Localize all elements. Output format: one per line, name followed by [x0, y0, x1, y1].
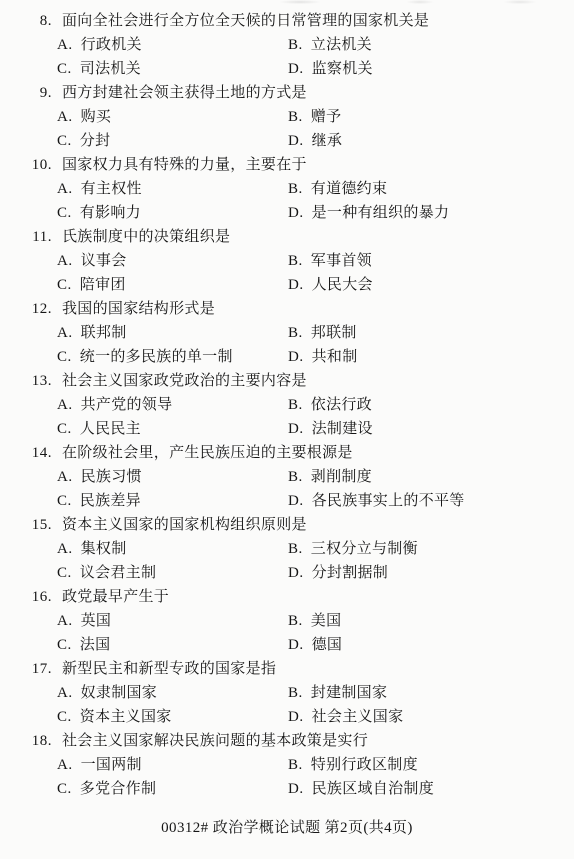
option-row-ab: A. 英国 B. 美国 [0, 609, 574, 633]
option-b-label: B. [288, 681, 303, 705]
option-c-text: 分封 [80, 129, 111, 153]
option-b-text: 美国 [311, 609, 342, 633]
option-a-text: 联邦制 [81, 321, 127, 345]
option-a-label: A. [57, 681, 73, 705]
option-a-label: A. [57, 33, 73, 57]
option-d-label: D. [288, 705, 304, 729]
question-number: 18. [0, 729, 52, 753]
question-number: 8. [0, 9, 52, 33]
option-a: A. 共产党的领导 [57, 393, 288, 417]
option-b-text: 特别行政区制度 [311, 753, 418, 777]
option-a: A. 联邦制 [57, 321, 288, 345]
option-d-label: D. [288, 561, 304, 585]
option-b-label: B. [288, 177, 303, 201]
option-a-label: A. [57, 537, 73, 561]
option-row-ab: A. 共产党的领导 B. 依法行政 [0, 393, 574, 417]
option-b: B. 特别行政区制度 [288, 753, 574, 777]
option-d-text: 继承 [312, 129, 343, 153]
option-d: D. 社会主义国家 [288, 705, 574, 729]
option-a-label: A. [57, 177, 73, 201]
question-stem-line: 13. 社会主义国家政党政治的主要内容是 [0, 369, 574, 393]
option-a-text: 共产党的领导 [81, 393, 173, 417]
option-c: C. 多党合作制 [57, 777, 288, 801]
page-footer: 00312# 政治学概论试题 第2页(共4页) [0, 816, 574, 840]
option-c: C. 陪审团 [57, 273, 288, 297]
option-row-cd: C. 统一的多民族的单一制 D. 共和制 [0, 345, 574, 369]
option-d-text: 法制建设 [312, 417, 373, 441]
option-a-label: A. [57, 393, 73, 417]
option-row-cd: C. 多党合作制 D. 民族区域自治制度 [0, 777, 574, 801]
option-a-text: 英国 [81, 609, 112, 633]
option-a: A. 购买 [57, 105, 288, 129]
option-c-label: C. [57, 129, 72, 153]
option-c-label: C. [57, 561, 72, 585]
option-c-label: C. [57, 345, 72, 369]
question-list: 8. 面向全社会进行全方位全天候的日常管理的国家机关是 A. 行政机关 B. 立… [0, 9, 574, 801]
question-stem-line: 8. 面向全社会进行全方位全天候的日常管理的国家机关是 [0, 9, 574, 33]
option-b-label: B. [288, 393, 303, 417]
option-row-ab: A. 议事会 B. 军事首领 [0, 249, 574, 273]
option-b-label: B. [288, 249, 303, 273]
option-c: C. 资本主义国家 [57, 705, 288, 729]
option-c-label: C. [57, 633, 72, 657]
option-d-text: 各民族事实上的不平等 [312, 489, 465, 513]
option-c-text: 议会君主制 [80, 561, 157, 585]
option-d-text: 德国 [312, 633, 343, 657]
option-row-ab: A. 民族习惯 B. 剥削制度 [0, 465, 574, 489]
option-a: A. 奴隶制国家 [57, 681, 288, 705]
question-stem: 新型民主和新型专政的国家是指 [62, 657, 276, 681]
question-stem-line: 18. 社会主义国家解决民族问题的基本政策是实行 [0, 729, 574, 753]
question-stem: 面向全社会进行全方位全天候的日常管理的国家机关是 [62, 9, 429, 33]
question-stem-line: 9. 西方封建社会领主获得土地的方式是 [0, 81, 574, 105]
option-a: A. 一国两制 [57, 753, 288, 777]
option-c-label: C. [57, 417, 72, 441]
option-b: B. 有道德约束 [288, 177, 574, 201]
option-a: A. 行政机关 [57, 33, 288, 57]
option-a: A. 英国 [57, 609, 288, 633]
option-d: D. 分封割据制 [288, 561, 574, 585]
option-a-text: 行政机关 [81, 33, 142, 57]
option-d: D. 德国 [288, 633, 574, 657]
option-d-label: D. [288, 777, 304, 801]
question-stem-line: 12. 我国的国家结构形式是 [0, 297, 574, 321]
option-c-text: 统一的多民族的单一制 [80, 345, 233, 369]
option-d-text: 分封割据制 [312, 561, 389, 585]
option-c-label: C. [57, 273, 72, 297]
option-b-text: 剥削制度 [311, 465, 372, 489]
option-d: D. 继承 [288, 129, 574, 153]
option-b-label: B. [288, 105, 303, 129]
question-number: 13. [0, 369, 52, 393]
option-a-text: 民族习惯 [81, 465, 142, 489]
option-b-label: B. [288, 609, 303, 633]
option-d-text: 是一种有组织的暴力 [312, 201, 450, 225]
option-a-label: A. [57, 465, 73, 489]
question-item: 12. 我国的国家结构形式是 A. 联邦制 B. 邦联制 C. 统一的多民族的单… [0, 297, 574, 369]
option-row-cd: C. 分封 D. 继承 [0, 129, 574, 153]
option-b-text: 依法行政 [311, 393, 372, 417]
option-a-label: A. [57, 321, 73, 345]
option-c: C. 民族差异 [57, 489, 288, 513]
option-c-label: C. [57, 57, 72, 81]
option-b: B. 封建制国家 [288, 681, 574, 705]
question-stem-line: 11. 氏族制度中的决策组织是 [0, 225, 574, 249]
option-c-text: 资本主义国家 [80, 705, 172, 729]
question-stem: 社会主义国家解决民族问题的基本政策是实行 [62, 729, 368, 753]
option-b-text: 有道德约束 [311, 177, 388, 201]
option-a-text: 有主权性 [81, 177, 142, 201]
option-d: D. 共和制 [288, 345, 574, 369]
question-number: 14. [0, 441, 52, 465]
question-item: 15. 资本主义国家的国家机构组织原则是 A. 集权制 B. 三权分立与制衡 C… [0, 513, 574, 585]
option-b-label: B. [288, 33, 303, 57]
question-stem: 在阶级社会里，产生民族压迫的主要根源是 [62, 441, 353, 465]
option-c-text: 陪审团 [80, 273, 126, 297]
option-d: D. 民族区域自治制度 [288, 777, 574, 801]
option-d-text: 社会主义国家 [312, 705, 404, 729]
exam-page: 8. 面向全社会进行全方位全天候的日常管理的国家机关是 A. 行政机关 B. 立… [0, 0, 574, 859]
option-row-cd: C. 司法机关 D. 监察机关 [0, 57, 574, 81]
question-number: 17. [0, 657, 52, 681]
question-stem: 资本主义国家的国家机构组织原则是 [62, 513, 307, 537]
option-a-label: A. [57, 249, 73, 273]
option-a-text: 议事会 [81, 249, 127, 273]
option-b: B. 立法机关 [288, 33, 574, 57]
question-stem-line: 15. 资本主义国家的国家机构组织原则是 [0, 513, 574, 537]
option-b-label: B. [288, 753, 303, 777]
question-stem: 氏族制度中的决策组织是 [62, 225, 230, 249]
question-item: 17. 新型民主和新型专政的国家是指 A. 奴隶制国家 B. 封建制国家 C. … [0, 657, 574, 729]
option-d-label: D. [288, 417, 304, 441]
option-d-label: D. [288, 345, 304, 369]
question-item: 18. 社会主义国家解决民族问题的基本政策是实行 A. 一国两制 B. 特别行政… [0, 729, 574, 801]
option-b-text: 立法机关 [311, 33, 372, 57]
question-item: 9. 西方封建社会领主获得土地的方式是 A. 购买 B. 赠予 C. 分封 D.… [0, 81, 574, 153]
option-a: A. 集权制 [57, 537, 288, 561]
option-c-text: 有影响力 [80, 201, 141, 225]
option-d-label: D. [288, 273, 304, 297]
question-item: 11. 氏族制度中的决策组织是 A. 议事会 B. 军事首领 C. 陪审团 D.… [0, 225, 574, 297]
option-d-label: D. [288, 633, 304, 657]
option-a-label: A. [57, 753, 73, 777]
question-number: 11. [0, 225, 52, 249]
option-c: C. 有影响力 [57, 201, 288, 225]
scan-artifact [0, 0, 574, 8]
option-row-cd: C. 陪审团 D. 人民大会 [0, 273, 574, 297]
option-row-ab: A. 行政机关 B. 立法机关 [0, 33, 574, 57]
question-stem: 国家权力具有特殊的力量，主要在于 [62, 153, 307, 177]
option-c: C. 分封 [57, 129, 288, 153]
option-c: C. 法国 [57, 633, 288, 657]
question-item: 8. 面向全社会进行全方位全天候的日常管理的国家机关是 A. 行政机关 B. 立… [0, 9, 574, 81]
option-d: D. 各民族事实上的不平等 [288, 489, 574, 513]
option-a: A. 有主权性 [57, 177, 288, 201]
question-item: 13. 社会主义国家政党政治的主要内容是 A. 共产党的领导 B. 依法行政 C… [0, 369, 574, 441]
question-number: 10. [0, 153, 52, 177]
option-c-text: 法国 [80, 633, 111, 657]
option-d: D. 是一种有组织的暴力 [288, 201, 574, 225]
option-b: B. 剥削制度 [288, 465, 574, 489]
option-d-label: D. [288, 489, 304, 513]
option-row-ab: A. 奴隶制国家 B. 封建制国家 [0, 681, 574, 705]
option-c-label: C. [57, 489, 72, 513]
option-row-ab: A. 一国两制 B. 特别行政区制度 [0, 753, 574, 777]
option-b: B. 赠予 [288, 105, 574, 129]
option-row-ab: A. 购买 B. 赠予 [0, 105, 574, 129]
option-c-text: 司法机关 [80, 57, 141, 81]
option-b-text: 封建制国家 [311, 681, 388, 705]
option-c-label: C. [57, 201, 72, 225]
question-stem-line: 14. 在阶级社会里，产生民族压迫的主要根源是 [0, 441, 574, 465]
option-b-text: 赠予 [311, 105, 342, 129]
option-d-text: 人民大会 [312, 273, 373, 297]
option-d-text: 监察机关 [312, 57, 373, 81]
option-c-text: 民族差异 [80, 489, 141, 513]
option-row-cd: C. 资本主义国家 D. 社会主义国家 [0, 705, 574, 729]
option-row-cd: C. 议会君主制 D. 分封割据制 [0, 561, 574, 585]
option-d: D. 人民大会 [288, 273, 574, 297]
option-a-text: 奴隶制国家 [81, 681, 158, 705]
question-item: 14. 在阶级社会里，产生民族压迫的主要根源是 A. 民族习惯 B. 剥削制度 … [0, 441, 574, 513]
option-c: C. 议会君主制 [57, 561, 288, 585]
option-a-label: A. [57, 105, 73, 129]
option-c: C. 司法机关 [57, 57, 288, 81]
option-a-text: 一国两制 [81, 753, 142, 777]
option-row-ab: A. 有主权性 B. 有道德约束 [0, 177, 574, 201]
question-number: 15. [0, 513, 52, 537]
option-a-label: A. [57, 609, 73, 633]
option-row-cd: C. 人民民主 D. 法制建设 [0, 417, 574, 441]
option-d-text: 民族区域自治制度 [312, 777, 434, 801]
option-b-text: 军事首领 [311, 249, 372, 273]
option-b: B. 依法行政 [288, 393, 574, 417]
option-d-label: D. [288, 57, 304, 81]
option-c-label: C. [57, 777, 72, 801]
option-a: A. 议事会 [57, 249, 288, 273]
option-d-label: D. [288, 201, 304, 225]
option-row-cd: C. 法国 D. 德国 [0, 633, 574, 657]
option-a-text: 购买 [81, 105, 112, 129]
question-stem: 社会主义国家政党政治的主要内容是 [62, 369, 307, 393]
option-b: B. 美国 [288, 609, 574, 633]
question-item: 16. 政党最早产生于 A. 英国 B. 美国 C. 法国 D. 德国 [0, 585, 574, 657]
option-c: C. 人民民主 [57, 417, 288, 441]
option-row-ab: A. 联邦制 B. 邦联制 [0, 321, 574, 345]
option-b: B. 三权分立与制衡 [288, 537, 574, 561]
question-stem: 我国的国家结构形式是 [62, 297, 215, 321]
option-row-cd: C. 民族差异 D. 各民族事实上的不平等 [0, 489, 574, 513]
option-a-text: 集权制 [81, 537, 127, 561]
option-b: B. 军事首领 [288, 249, 574, 273]
option-a: A. 民族习惯 [57, 465, 288, 489]
option-c: C. 统一的多民族的单一制 [57, 345, 288, 369]
question-stem-line: 17. 新型民主和新型专政的国家是指 [0, 657, 574, 681]
option-c-label: C. [57, 705, 72, 729]
question-number: 16. [0, 585, 52, 609]
option-b-label: B. [288, 321, 303, 345]
option-b-label: B. [288, 537, 303, 561]
option-d: D. 法制建设 [288, 417, 574, 441]
question-stem: 西方封建社会领主获得土地的方式是 [62, 81, 307, 105]
option-d: D. 监察机关 [288, 57, 574, 81]
option-c-text: 多党合作制 [80, 777, 157, 801]
option-b-text: 邦联制 [311, 321, 357, 345]
option-b-label: B. [288, 465, 303, 489]
question-number: 12. [0, 297, 52, 321]
option-d-label: D. [288, 129, 304, 153]
option-b: B. 邦联制 [288, 321, 574, 345]
option-d-text: 共和制 [312, 345, 358, 369]
question-stem-line: 10. 国家权力具有特殊的力量，主要在于 [0, 153, 574, 177]
question-number: 9. [0, 81, 52, 105]
option-row-cd: C. 有影响力 D. 是一种有组织的暴力 [0, 201, 574, 225]
option-b-text: 三权分立与制衡 [311, 537, 418, 561]
question-stem: 政党最早产生于 [62, 585, 169, 609]
option-row-ab: A. 集权制 B. 三权分立与制衡 [0, 537, 574, 561]
question-stem-line: 16. 政党最早产生于 [0, 585, 574, 609]
option-c-text: 人民民主 [80, 417, 141, 441]
question-item: 10. 国家权力具有特殊的力量，主要在于 A. 有主权性 B. 有道德约束 C.… [0, 153, 574, 225]
